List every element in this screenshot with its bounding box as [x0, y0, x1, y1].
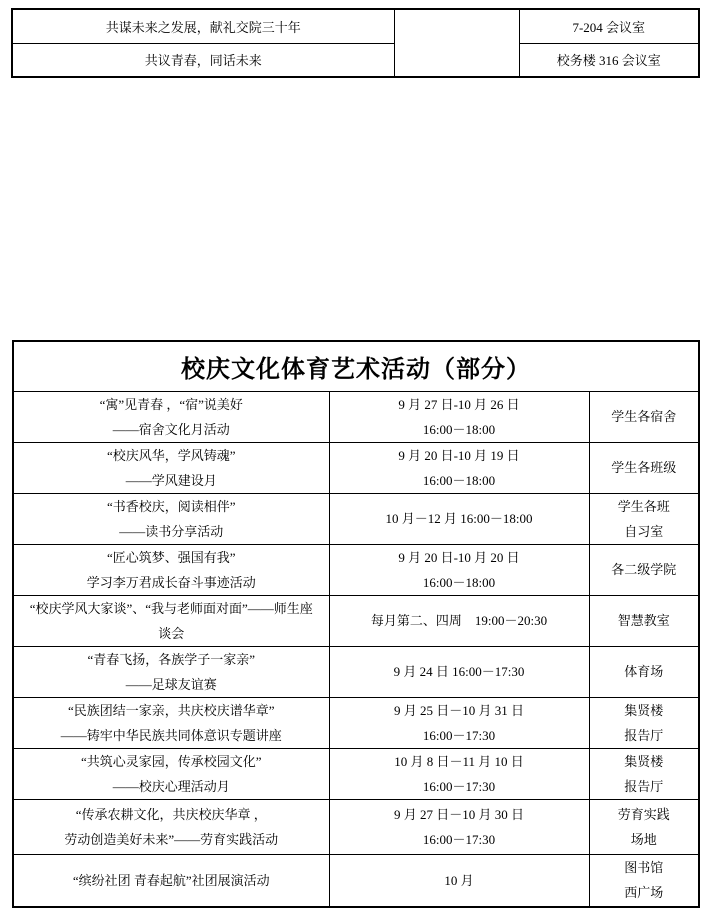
time-line: 9 月 24 日 16:00－17:30 [332, 659, 587, 684]
time-cell: 9 月 27 日－10 月 30 日 16:00－17:30 [329, 799, 589, 854]
time-cell: 10 月 [329, 854, 589, 907]
activity-line: “共筑心灵家园，传承校园文化” [16, 749, 327, 774]
location-cell: 学生各宿舍 [589, 391, 699, 442]
time-line: 10 月 [332, 868, 587, 893]
activity-line: “民族团结一家亲，共庆校庆谱华章” [16, 698, 327, 723]
time-line: 9 月 27 日-10 月 26 日 [332, 392, 587, 417]
activity-line: ——足球友谊赛 [16, 672, 327, 697]
venue-cell: 7-204 会议室 [519, 9, 699, 43]
activity-line: “寓”见青春 ，“宿”说美好 [16, 392, 327, 417]
time-line: 10 月－12 月 16:00－18:00 [332, 506, 587, 531]
activity-line: “传承农耕文化，共庆校庆华章 ， [16, 802, 327, 827]
location-line: 学生各班 [592, 494, 697, 519]
table-row: “校庆风华，学风铸魂” ——学风建设月 9 月 20 日-10 月 19 日 1… [13, 442, 699, 493]
location-cell: 集贤楼 报告厅 [589, 748, 699, 799]
location-line: 体育场 [592, 659, 697, 684]
time-line: 16:00－18:00 [332, 570, 587, 595]
activity-line: ——读书分享活动 [16, 519, 327, 544]
time-line: 9 月 27 日－10 月 30 日 [332, 802, 587, 827]
location-cell: 图书馆 西广场 [589, 854, 699, 907]
activity-line: 谈会 [16, 621, 327, 646]
time-line: 9 月 25 日－10 月 31 日 [332, 698, 587, 723]
activity-line: “匠心筑梦、强国有我” [16, 545, 327, 570]
location-line: 场地 [592, 827, 697, 852]
location-cell: 劳育实践 场地 [589, 799, 699, 854]
location-line: 各二级学院 [592, 557, 697, 582]
activity-line: ——铸牢中华民族共同体意识专题讲座 [16, 723, 327, 748]
empty-cell [394, 9, 519, 77]
event-text: 共谋未来之发展，献礼交院三十年 [15, 17, 392, 36]
activity-cell: “传承农耕文化，共庆校庆华章 ， 劳动创造美好未来”——劳育实践活动 [13, 799, 329, 854]
event-text: 共议青春，同话未来 [15, 50, 392, 69]
table-row: “匠心筑梦、强国有我” 学习李万君成长奋斗事迹活动 9 月 20 日-10 月 … [13, 544, 699, 595]
activity-cell: “校庆学风大家谈”、“我与老师面对面”——师生座 谈会 [13, 595, 329, 646]
table-row: “寓”见青春 ，“宿”说美好 ——宿舍文化月活动 9 月 27 日-10 月 2… [13, 391, 699, 442]
location-line: 报告厅 [592, 723, 697, 748]
activity-line: “校庆学风大家谈”、“我与老师面对面”——师生座 [16, 596, 327, 621]
activity-cell: “书香校庆，阅读相伴” ——读书分享活动 [13, 493, 329, 544]
title-row: 校庆文化体育艺术活动（部分） [13, 341, 699, 391]
time-cell: 9 月 24 日 16:00－17:30 [329, 646, 589, 697]
top-table: 共谋未来之发展，献礼交院三十年 7-204 会议室 共议青春，同话未来 校务楼 … [11, 8, 700, 78]
activity-cell: “共筑心灵家园，传承校园文化” ——校庆心理活动月 [13, 748, 329, 799]
time-cell: 9 月 27 日-10 月 26 日 16:00－18:00 [329, 391, 589, 442]
time-cell: 每月第二、四周 19:00－20:30 [329, 595, 589, 646]
table-row: “书香校庆，阅读相伴” ——读书分享活动 10 月－12 月 16:00－18:… [13, 493, 699, 544]
time-line: 16:00－17:30 [332, 723, 587, 748]
table-row: “缤纷社团 青春起航”社团展演活动 10 月 图书馆 西广场 [13, 854, 699, 907]
activity-cell: “缤纷社团 青春起航”社团展演活动 [13, 854, 329, 907]
location-line: 智慧教室 [592, 608, 697, 633]
location-cell: 体育场 [589, 646, 699, 697]
activity-line: ——校庆心理活动月 [16, 774, 327, 799]
table-row: “校庆学风大家谈”、“我与老师面对面”——师生座 谈会 每月第二、四周 19:0… [13, 595, 699, 646]
activity-line: 学习李万君成长奋斗事迹活动 [16, 570, 327, 595]
time-cell: 9 月 25 日－10 月 31 日 16:00－17:30 [329, 697, 589, 748]
location-line: 集贤楼 [592, 698, 697, 723]
venue-cell: 校务楼 316 会议室 [519, 43, 699, 77]
location-cell: 学生各班级 [589, 442, 699, 493]
location-line: 学生各宿舍 [592, 404, 697, 429]
time-line: 10 月 8 日－11 月 10 日 [332, 749, 587, 774]
time-line: 每月第二、四周 19:00－20:30 [332, 608, 587, 633]
time-cell: 9 月 20 日-10 月 19 日 16:00－18:00 [329, 442, 589, 493]
location-cell: 学生各班 自习室 [589, 493, 699, 544]
activity-line: ——学风建设月 [16, 468, 327, 493]
time-line: 16:00－18:00 [332, 417, 587, 442]
activity-line: “青春飞扬，各族学子一家亲” [16, 647, 327, 672]
activity-cell: “校庆风华，学风铸魂” ——学风建设月 [13, 442, 329, 493]
time-line: 16:00－17:30 [332, 774, 587, 799]
location-line: 自习室 [592, 519, 697, 544]
activity-cell: “寓”见青春 ，“宿”说美好 ——宿舍文化月活动 [13, 391, 329, 442]
location-line: 图书馆 [592, 855, 697, 880]
activity-line: 劳动创造美好未来”——劳育实践活动 [16, 827, 327, 852]
table-row: “青春飞扬，各族学子一家亲” ——足球友谊赛 9 月 24 日 16:00－17… [13, 646, 699, 697]
venue-text: 7-204 会议室 [522, 17, 697, 36]
location-line: 报告厅 [592, 774, 697, 799]
table-row: 共议青春，同话未来 校务楼 316 会议室 [12, 43, 699, 77]
activity-line: “校庆风华，学风铸魂” [16, 443, 327, 468]
time-cell: 9 月 20 日-10 月 20 日 16:00－18:00 [329, 544, 589, 595]
document-page: 共谋未来之发展，献礼交院三十年 7-204 会议室 共议青春，同话未来 校务楼 … [0, 0, 715, 923]
activity-line: “缤纷社团 青春起航”社团展演活动 [16, 868, 327, 893]
activity-line: “书香校庆，阅读相伴” [16, 494, 327, 519]
time-line: 16:00－18:00 [332, 468, 587, 493]
event-cell: 共谋未来之发展，献礼交院三十年 [12, 9, 394, 43]
activity-cell: “青春飞扬，各族学子一家亲” ——足球友谊赛 [13, 646, 329, 697]
main-table: 校庆文化体育艺术活动（部分） “寓”见青春 ，“宿”说美好 ——宿舍文化月活动 … [12, 340, 700, 908]
location-line: 学生各班级 [592, 455, 697, 480]
time-cell: 10 月－12 月 16:00－18:00 [329, 493, 589, 544]
location-line: 劳育实践 [592, 802, 697, 827]
event-cell: 共议青春，同话未来 [12, 43, 394, 77]
table-row: 共谋未来之发展，献礼交院三十年 7-204 会议室 [12, 9, 699, 43]
time-cell: 10 月 8 日－11 月 10 日 16:00－17:30 [329, 748, 589, 799]
venue-text: 校务楼 316 会议室 [522, 50, 697, 69]
table-title: 校庆文化体育艺术活动（部分） [13, 341, 699, 391]
time-line: 9 月 20 日-10 月 19 日 [332, 443, 587, 468]
location-cell: 各二级学院 [589, 544, 699, 595]
activity-line: ——宿舍文化月活动 [16, 417, 327, 442]
time-line: 9 月 20 日-10 月 20 日 [332, 545, 587, 570]
location-cell: 集贤楼 报告厅 [589, 697, 699, 748]
table-row: “传承农耕文化，共庆校庆华章 ， 劳动创造美好未来”——劳育实践活动 9 月 2… [13, 799, 699, 854]
time-line: 16:00－17:30 [332, 827, 587, 852]
location-line: 西广场 [592, 880, 697, 905]
activity-cell: “民族团结一家亲，共庆校庆谱华章” ——铸牢中华民族共同体意识专题讲座 [13, 697, 329, 748]
activity-cell: “匠心筑梦、强国有我” 学习李万君成长奋斗事迹活动 [13, 544, 329, 595]
table-row: “共筑心灵家园，传承校园文化” ——校庆心理活动月 10 月 8 日－11 月 … [13, 748, 699, 799]
table-row: “民族团结一家亲，共庆校庆谱华章” ——铸牢中华民族共同体意识专题讲座 9 月 … [13, 697, 699, 748]
location-line: 集贤楼 [592, 749, 697, 774]
location-cell: 智慧教室 [589, 595, 699, 646]
